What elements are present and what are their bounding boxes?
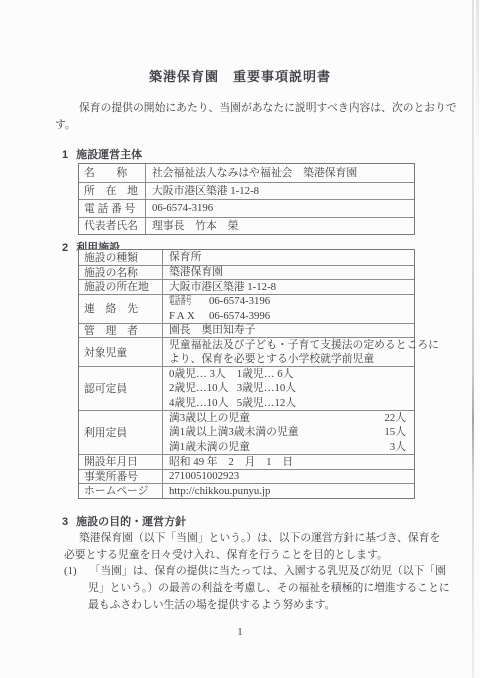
table-row-office-number: 事業所番号 2710051002923 <box>79 469 414 484</box>
page-number: 1 <box>0 626 480 638</box>
table-row-facility-address: 施設の所在地 大阪市港区築港 1-12-8 <box>79 279 414 294</box>
table-row-homepage: ホームページ http://chikkou.punyu.jp <box>79 483 414 498</box>
target-line-1: 児童福祉法及び子ども・子育て支援法の定めるところに <box>169 338 439 353</box>
intro-paragraph: 保育の提供の開始にあたり、当園があなたに説明すべき内容は、次のとおりで す。 <box>55 100 450 133</box>
row-label: 事業所番号 <box>79 470 163 484</box>
table-row-manager: 管 理 者 園長 奥田知寿子 <box>79 323 414 338</box>
row-value: 築港保育園 <box>163 266 414 280</box>
section1-number: 1 <box>62 149 68 161</box>
use-capacity-line: 満1歳未満の児童 3人 <box>169 440 408 455</box>
row-label: 開設年月日 <box>79 455 163 469</box>
row-value: 社会福祉法人なみはや福祉会 築港保育園 <box>146 164 414 182</box>
section3-item1-line-2: 児」という。）の最善の利益を考慮し、その福祉を積極的に増進することに <box>88 580 450 597</box>
target-line-2: より、保育を必要とする小学校就学前児童 <box>169 352 439 367</box>
table-row-licensed-capacity: 認可定員 0歳児… 3人 1歳児… 6人 2歳児…10人 3歳児…10人 4歳児… <box>79 366 414 410</box>
use-capacity-line: 満1歳以上満3歳未満の児童 15人 <box>169 425 408 440</box>
row-label: 施設の名称 <box>79 266 163 280</box>
row-label: 代表者氏名 <box>79 218 146 235</box>
row-label: 名 称 <box>79 164 146 182</box>
item1-marker: (1) <box>64 565 77 577</box>
fax-label: FAX <box>169 309 209 324</box>
table-row-address: 所 在 地 大阪市港区築港 1-12-8 <box>79 182 414 200</box>
row-label: ホームページ <box>79 484 163 498</box>
row-value: 電話番号 06-6574-3196 FAX 06-6574-3996 <box>163 295 414 323</box>
row-value: 06-6574-3196 <box>146 200 414 217</box>
row-label: 所 在 地 <box>79 183 146 200</box>
row-label: 管 理 者 <box>79 324 163 338</box>
row-value: 0歳児… 3人 1歳児… 6人 2歳児…10人 3歳児…10人 4歳児…10人 … <box>163 367 414 410</box>
row-label: 利用定員 <box>79 411 163 454</box>
capacity-line: 4歳児…10人 5歳児…12人 <box>169 396 408 411</box>
row-value: 理事長 竹本 榮 <box>146 218 414 235</box>
section3-item1-line-3: 最もふさわしい生活の場を提供するよう努めます。 <box>88 597 335 614</box>
table-row-use-capacity: 利用定員 満3歳以上の児童 22人 満1歳以上満3歳未満の児童 15人 満1歳未… <box>79 410 414 454</box>
row-label: 対象児童 <box>79 338 163 366</box>
row-value: 大阪市港区築港 1-12-8 <box>146 183 414 200</box>
section2-number: 2 <box>62 242 68 254</box>
row-label: 連 絡 先 <box>79 295 163 323</box>
intro-line-1: 保育の提供の開始にあたり、当園があなたに説明すべき内容は、次のとおりで <box>55 100 450 117</box>
table-row-facility-type: 施設の種類 保育所 <box>79 250 414 265</box>
section1-heading: 1施設運営主体 <box>62 146 142 162</box>
row-value: 満3歳以上の児童 22人 満1歳以上満3歳未満の児童 15人 満1歳未満の児童 … <box>163 411 414 454</box>
table-row-facility-name: 施設の名称 築港保育園 <box>79 265 414 280</box>
row-value: 大阪市港区築港 1-12-8 <box>163 280 414 294</box>
row-label: 施設の所在地 <box>79 280 163 294</box>
row-value: 2710051002923 <box>163 470 414 484</box>
document-title: 築港保育園 重要事項説明書 <box>0 66 480 85</box>
scanned-document-page: 築港保育園 重要事項説明書 保育の提供の開始にあたり、当園があなたに説明すべき内… <box>0 0 480 678</box>
section1-title: 施設運営主体 <box>76 149 142 161</box>
contact-fax-line: FAX 06-6574-3996 <box>169 309 408 324</box>
row-label: 認可定員 <box>79 367 163 410</box>
scanner-streak-artifact <box>472 0 474 678</box>
use-capacity-line: 満3歳以上の児童 22人 <box>169 411 408 426</box>
facility-operator-table: 名 称 社会福祉法人なみはや福祉会 築港保育園 所 在 地 大阪市港区築港 1-… <box>78 163 415 235</box>
item1-text: 「当園」は、保育の提供に当たっては、入園する乳児及び幼児（以下「園 <box>90 565 446 577</box>
section3-heading: 3施設の目的・運営方針 <box>62 513 186 529</box>
row-value: 児童福祉法及び子ども・子育て支援法の定めるところに より、保育を必要とする小学校… <box>163 338 445 366</box>
section3-number: 3 <box>62 516 68 528</box>
contact-tel-line: 電話番号 06-6574-3196 <box>169 294 408 309</box>
table-row-name: 名 称 社会福祉法人なみはや福祉会 築港保育園 <box>79 164 414 182</box>
row-value: 保育所 <box>163 250 414 265</box>
tel-number: 06-6574-3196 <box>209 294 270 309</box>
capacity-line: 0歳児… 3人 1歳児… 6人 <box>169 367 408 382</box>
section3-paragraph-line-1: 築港保育園（以下「当園」という。）は、以下の運営方針に基づき、保育を <box>79 530 440 547</box>
fax-number: 06-6574-3996 <box>209 309 270 324</box>
homepage-url: http://chikkou.punyu.jp <box>163 484 414 498</box>
row-label: 施設の種類 <box>79 250 163 265</box>
table-row-contact: 連 絡 先 電話番号 06-6574-3196 FAX 06-6574-3996 <box>79 294 414 323</box>
capacity-line: 2歳児…10人 3歳児…10人 <box>169 381 408 396</box>
table-row-phone: 電 話 番 号 06-6574-3196 <box>79 199 414 217</box>
section3-paragraph-line-2: 必要とする児童を日々受け入れ、保育を行うことを目的とします。 <box>64 547 388 564</box>
row-label: 電 話 番 号 <box>79 200 146 217</box>
section3-item1-line-1: (1)「当園」は、保育の提供に当たっては、入園する乳児及び幼児（以下「園 <box>64 563 446 580</box>
table-row-representative: 代表者氏名 理事長 竹本 榮 <box>79 217 414 235</box>
row-value: 昭和 49 年 2 月 1 日 <box>163 455 414 469</box>
table-row-established-date: 開設年月日 昭和 49 年 2 月 1 日 <box>79 454 414 469</box>
intro-line-2: す。 <box>55 117 450 134</box>
table-row-target-children: 対象児童 児童福祉法及び子ども・子育て支援法の定めるところに より、保育を必要と… <box>79 337 414 366</box>
facility-info-table: 施設の種類 保育所 施設の名称 築港保育園 施設の所在地 大阪市港区築港 1-1… <box>78 249 415 499</box>
row-value: 園長 奥田知寿子 <box>163 324 414 338</box>
tel-label: 電話番号 <box>169 294 191 309</box>
section3-title: 施設の目的・運営方針 <box>76 516 186 528</box>
